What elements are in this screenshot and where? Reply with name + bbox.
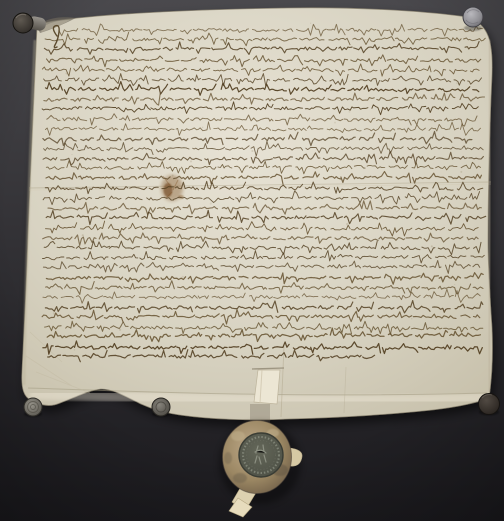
foxing-speck: [310, 23, 311, 24]
foxing-speck: [74, 349, 76, 351]
foxing-speck: [79, 178, 81, 180]
pin-head: [24, 398, 42, 416]
pin-head: [13, 13, 33, 33]
foxing-speck: [65, 72, 67, 74]
foxing-speck: [182, 276, 184, 278]
foxing-speck: [202, 127, 203, 128]
foxing-speck: [108, 393, 109, 394]
foxing-speck: [172, 175, 174, 177]
stain-core: [164, 183, 173, 197]
foxing-speck: [126, 265, 128, 267]
foxing-speck: [319, 128, 320, 129]
foxing-speck: [190, 160, 192, 162]
right-edge-shade: [489, 40, 490, 392]
wax-mottle-5: [224, 452, 232, 464]
photo-frame: [0, 0, 504, 521]
foxing-speck: [82, 234, 84, 236]
foxing-speck: [334, 122, 336, 124]
pin-head: [152, 398, 170, 416]
parchment: [22, 8, 493, 420]
pin-bottom-middle: [152, 398, 170, 417]
foxing-speck: [346, 223, 348, 225]
foxing-speck: [112, 298, 114, 300]
pin-top-right: [463, 7, 483, 31]
foxing-speck: [389, 64, 391, 66]
foxing-speck: [161, 286, 163, 288]
pin-bottom-left: [24, 398, 42, 417]
foxing-speck: [71, 154, 72, 155]
foxing-speck: [78, 277, 80, 279]
foxing-speck: [456, 82, 458, 84]
foxing-speck: [338, 40, 339, 41]
foxing-speck: [454, 284, 455, 285]
wax-mottle-1: [231, 431, 245, 441]
wax-mottle-3: [233, 473, 247, 483]
foxing-speck: [251, 150, 253, 152]
foxing-speck: [411, 318, 412, 319]
seal-tag: [254, 370, 280, 404]
foxing-speck: [460, 171, 462, 173]
foxing-speck: [66, 283, 68, 285]
pin-bottom-right: [479, 394, 500, 416]
foxing-speck: [348, 111, 350, 113]
foxing-speck: [382, 351, 384, 353]
foxing-speck: [119, 138, 120, 139]
foxing-speck: [210, 202, 212, 204]
seal-disc: [239, 433, 283, 477]
foxing-speck: [431, 245, 433, 247]
foxing-speck: [70, 89, 71, 90]
charter-photograph: [0, 0, 504, 521]
foxing-speck: [119, 329, 121, 331]
foxing-speck: [53, 312, 55, 314]
pin-head: [479, 394, 500, 415]
